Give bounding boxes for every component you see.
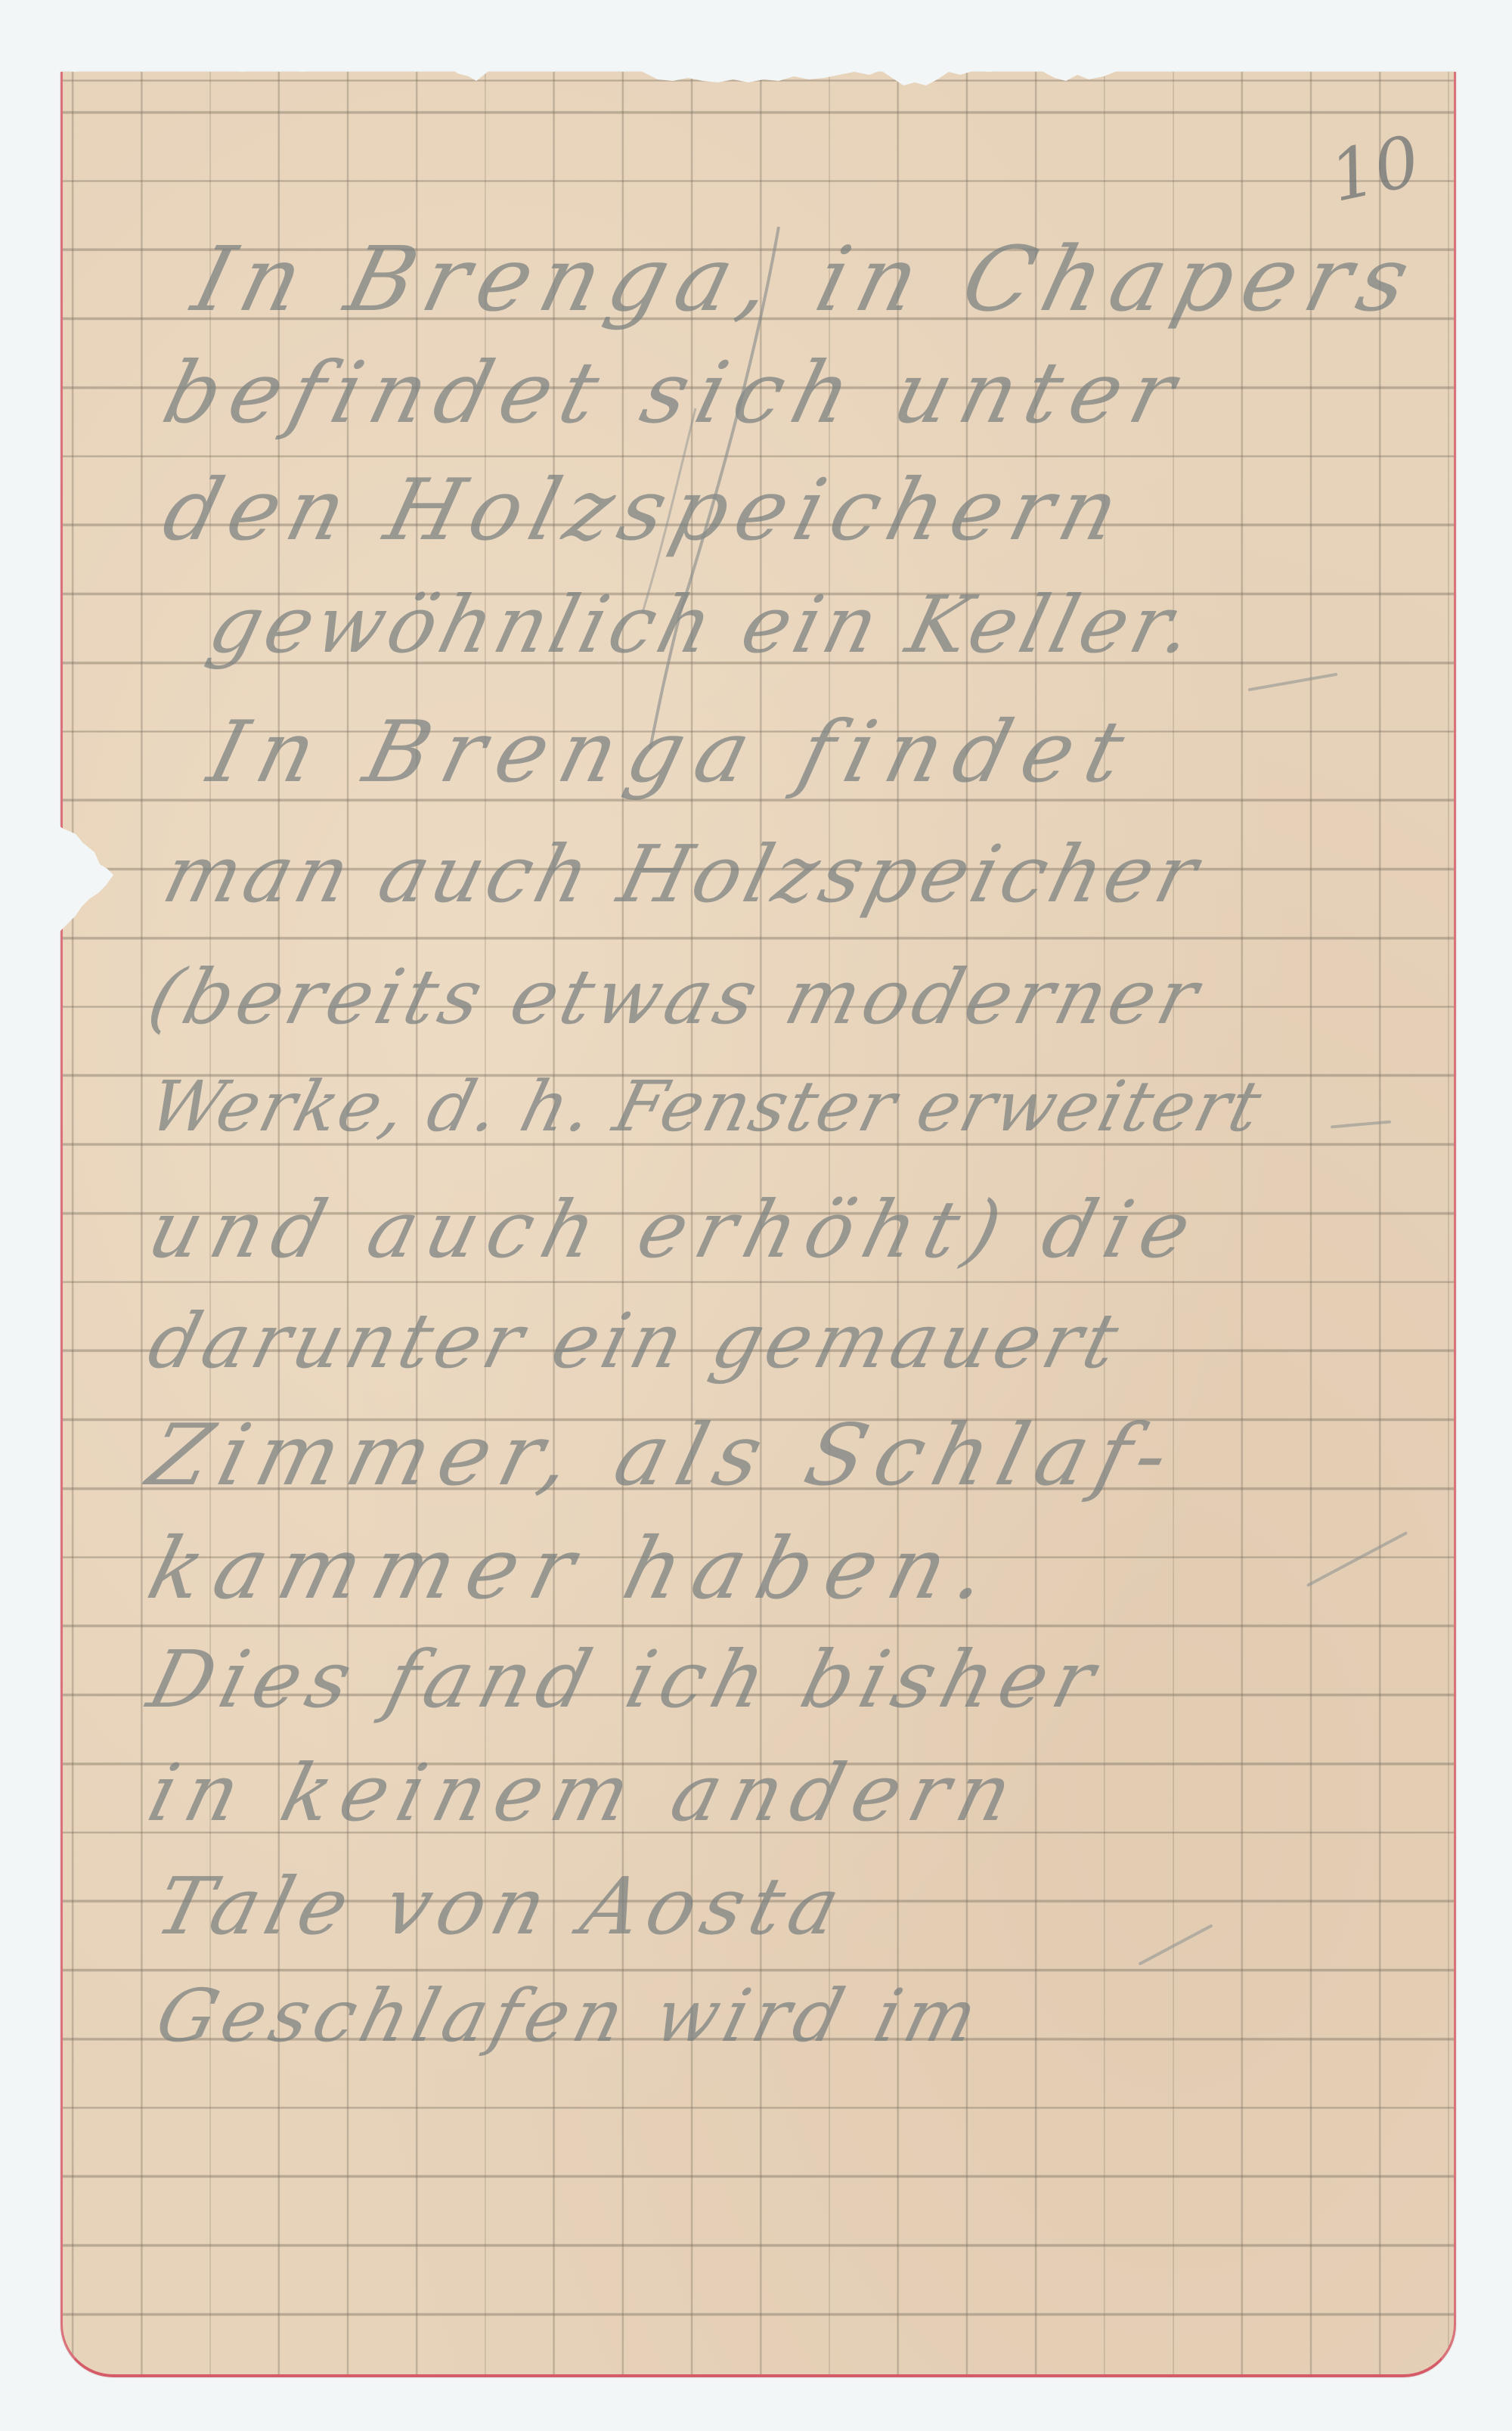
pencil-stroke — [529, 219, 832, 764]
text-line: (bereits etwas moderner — [140, 953, 1211, 1041]
text-line: darunter ein gemauert — [140, 1297, 1131, 1385]
text-line: kammer haben. — [139, 1520, 1012, 1618]
text-line: in keinem andern — [140, 1747, 1032, 1839]
text-line: Zimmer, als Schlaf- — [139, 1406, 1188, 1505]
text-line: Geschlafen wird im — [148, 1974, 991, 2058]
text-line: Werke, d. h. Fenster erweitert — [141, 1066, 1271, 1147]
text-line: und auch erhöht) die — [140, 1183, 1210, 1276]
text-line: man auch Holzspeicher — [155, 828, 1211, 920]
text-line: Tale von Aosta — [147, 1860, 857, 1952]
text-line: Dies fand ich bisher — [140, 1633, 1111, 1726]
